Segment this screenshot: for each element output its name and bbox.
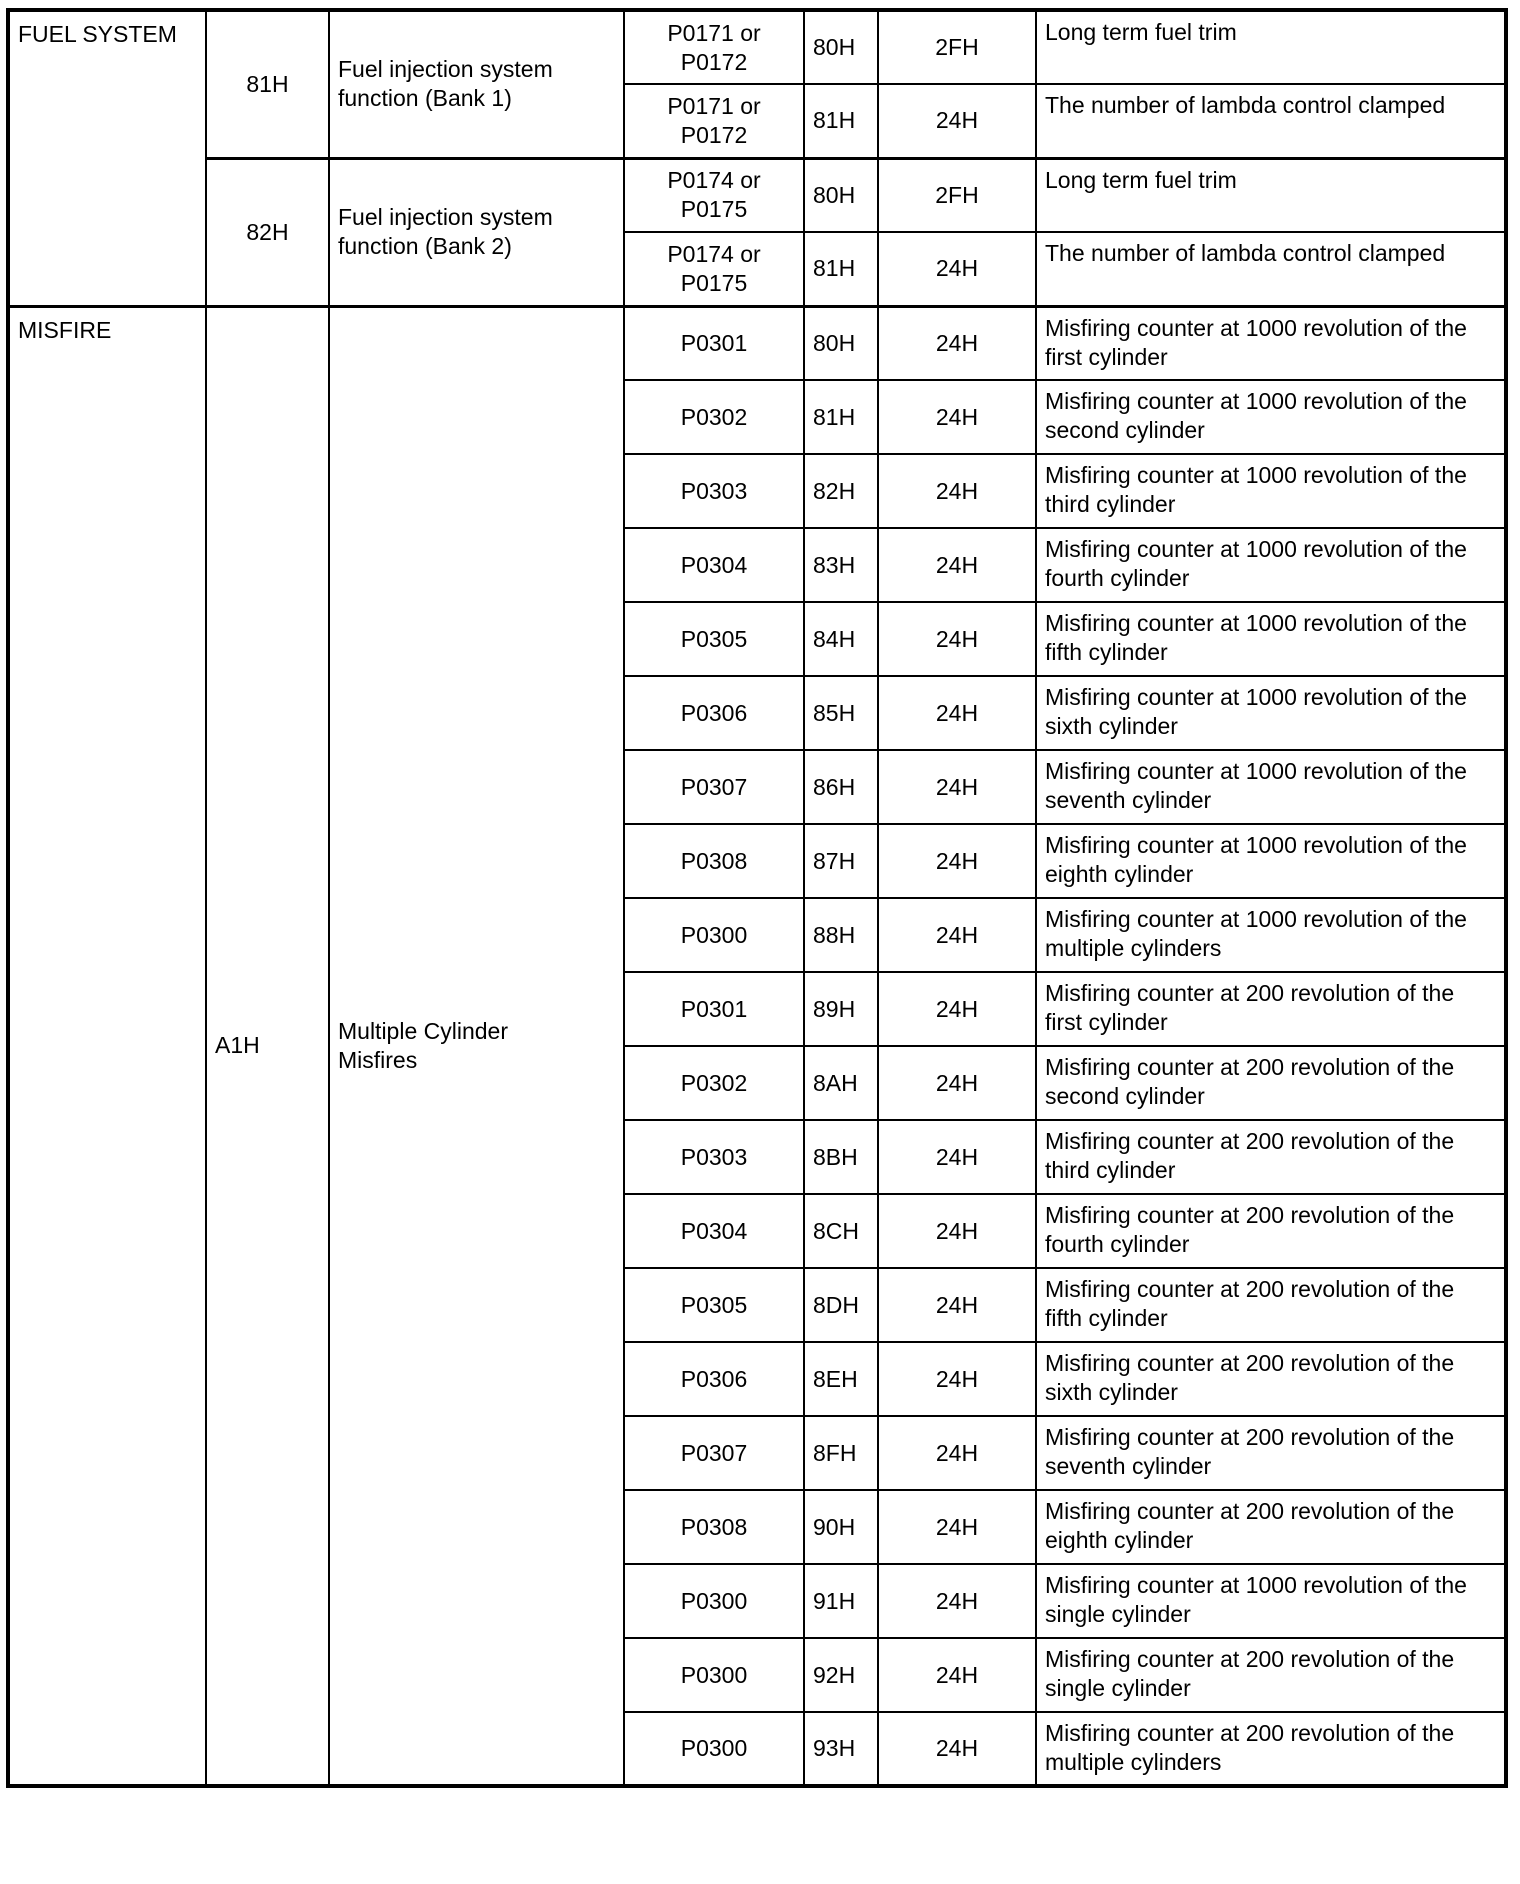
description-cell: Misfiring counter at 200 revolution of t… <box>1036 1490 1506 1564</box>
table-row: MISFIREA1HMultiple CylinderMisfiresP0301… <box>8 306 1506 380</box>
description-cell: Misfiring counter at 200 revolution of t… <box>1036 1638 1506 1712</box>
component-id-cell: 93H <box>804 1712 878 1786</box>
dtc-code-cell: P0304 <box>624 1194 804 1268</box>
description-cell: Misfiring counter at 200 revolution of t… <box>1036 1712 1506 1786</box>
component-id-cell: 84H <box>804 602 878 676</box>
component-id-cell: 87H <box>804 824 878 898</box>
description-cell: Misfiring counter at 200 revolution of t… <box>1036 1120 1506 1194</box>
description-cell: Misfiring counter at 1000 revolution of … <box>1036 380 1506 454</box>
unit-scaling-cell: 24H <box>878 1490 1036 1564</box>
component-id-cell: 92H <box>804 1638 878 1712</box>
description-cell: Misfiring counter at 1000 revolution of … <box>1036 750 1506 824</box>
test-id-cell: A1H <box>206 306 329 1786</box>
description-cell: Misfiring counter at 200 revolution of t… <box>1036 972 1506 1046</box>
description-cell: Misfiring counter at 1000 revolution of … <box>1036 454 1506 528</box>
component-id-cell: 8CH <box>804 1194 878 1268</box>
unit-scaling-cell: 24H <box>878 1194 1036 1268</box>
dtc-code-cell: P0305 <box>624 1268 804 1342</box>
component-id-cell: 91H <box>804 1564 878 1638</box>
description-cell: Misfiring counter at 200 revolution of t… <box>1036 1194 1506 1268</box>
dtc-code-cell: P0306 <box>624 676 804 750</box>
component-id-cell: 85H <box>804 676 878 750</box>
onboard-monitor-test-table: FUEL SYSTEM81HFuel injection systemfunct… <box>6 8 1508 1788</box>
description-cell: Misfiring counter at 1000 revolution of … <box>1036 1564 1506 1638</box>
description-cell: Misfiring counter at 1000 revolution of … <box>1036 676 1506 750</box>
unit-scaling-cell: 24H <box>878 1120 1036 1194</box>
unit-scaling-cell: 24H <box>878 1268 1036 1342</box>
dtc-code-cell: P0302 <box>624 380 804 454</box>
component-id-cell: 81H <box>804 380 878 454</box>
dtc-code-cell: P0308 <box>624 1490 804 1564</box>
test-name-cell: Fuel injection systemfunction (Bank 1) <box>329 10 624 158</box>
unit-scaling-cell: 24H <box>878 1564 1036 1638</box>
dtc-code-cell: P0307 <box>624 750 804 824</box>
unit-scaling-cell: 24H <box>878 898 1036 972</box>
dtc-code-cell: P0171 orP0172 <box>624 10 804 84</box>
dtc-code-cell: P0300 <box>624 1638 804 1712</box>
table-row: FUEL SYSTEM81HFuel injection systemfunct… <box>8 10 1506 84</box>
system-name-cell: FUEL SYSTEM <box>8 10 206 306</box>
component-id-cell: 8BH <box>804 1120 878 1194</box>
component-id-cell: 8DH <box>804 1268 878 1342</box>
dtc-code-cell: P0308 <box>624 824 804 898</box>
unit-scaling-cell: 24H <box>878 750 1036 824</box>
unit-scaling-cell: 2FH <box>878 10 1036 84</box>
component-id-cell: 8AH <box>804 1046 878 1120</box>
unit-scaling-cell: 24H <box>878 602 1036 676</box>
unit-scaling-cell: 24H <box>878 824 1036 898</box>
unit-scaling-cell: 24H <box>878 84 1036 158</box>
table-row: 82HFuel injection systemfunction (Bank 2… <box>8 158 1506 232</box>
dtc-code-cell: P0301 <box>624 306 804 380</box>
description-cell: Misfiring counter at 200 revolution of t… <box>1036 1046 1506 1120</box>
dtc-code-cell: P0303 <box>624 454 804 528</box>
dtc-code-cell: P0301 <box>624 972 804 1046</box>
unit-scaling-cell: 24H <box>878 1342 1036 1416</box>
component-id-cell: 80H <box>804 10 878 84</box>
unit-scaling-cell: 24H <box>878 454 1036 528</box>
unit-scaling-cell: 24H <box>878 1046 1036 1120</box>
component-id-cell: 81H <box>804 232 878 306</box>
dtc-code-cell: P0300 <box>624 1564 804 1638</box>
unit-scaling-cell: 24H <box>878 306 1036 380</box>
component-id-cell: 80H <box>804 306 878 380</box>
description-cell: Misfiring counter at 1000 revolution of … <box>1036 824 1506 898</box>
component-id-cell: 8FH <box>804 1416 878 1490</box>
unit-scaling-cell: 24H <box>878 1712 1036 1786</box>
description-cell: Long term fuel trim <box>1036 158 1506 232</box>
dtc-code-cell: P0305 <box>624 602 804 676</box>
dtc-code-cell: P0303 <box>624 1120 804 1194</box>
description-cell: Misfiring counter at 1000 revolution of … <box>1036 602 1506 676</box>
component-id-cell: 80H <box>804 158 878 232</box>
description-cell: Misfiring counter at 200 revolution of t… <box>1036 1416 1506 1490</box>
description-cell: The number of lambda control clamped <box>1036 84 1506 158</box>
unit-scaling-cell: 24H <box>878 232 1036 306</box>
system-name-cell: MISFIRE <box>8 306 206 1786</box>
description-cell: Misfiring counter at 1000 revolution of … <box>1036 898 1506 972</box>
dtc-code-cell: P0171 orP0172 <box>624 84 804 158</box>
table-body: FUEL SYSTEM81HFuel injection systemfunct… <box>8 10 1506 1786</box>
description-cell: The number of lambda control clamped <box>1036 232 1506 306</box>
description-cell: Misfiring counter at 1000 revolution of … <box>1036 306 1506 380</box>
description-cell: Long term fuel trim <box>1036 10 1506 84</box>
component-id-cell: 8EH <box>804 1342 878 1416</box>
component-id-cell: 81H <box>804 84 878 158</box>
test-name-cell: Multiple CylinderMisfires <box>329 306 624 1786</box>
description-cell: Misfiring counter at 1000 revolution of … <box>1036 528 1506 602</box>
unit-scaling-cell: 24H <box>878 972 1036 1046</box>
unit-scaling-cell: 24H <box>878 1638 1036 1712</box>
component-id-cell: 89H <box>804 972 878 1046</box>
component-id-cell: 82H <box>804 454 878 528</box>
component-id-cell: 90H <box>804 1490 878 1564</box>
description-cell: Misfiring counter at 200 revolution of t… <box>1036 1268 1506 1342</box>
dtc-code-cell: P0300 <box>624 1712 804 1786</box>
component-id-cell: 88H <box>804 898 878 972</box>
dtc-code-cell: P0174 orP0175 <box>624 158 804 232</box>
dtc-code-cell: P0307 <box>624 1416 804 1490</box>
dtc-code-cell: P0304 <box>624 528 804 602</box>
unit-scaling-cell: 24H <box>878 676 1036 750</box>
test-name-cell: Fuel injection systemfunction (Bank 2) <box>329 158 624 306</box>
unit-scaling-cell: 24H <box>878 1416 1036 1490</box>
component-id-cell: 86H <box>804 750 878 824</box>
test-id-cell: 82H <box>206 158 329 306</box>
test-id-cell: 81H <box>206 10 329 158</box>
dtc-code-cell: P0302 <box>624 1046 804 1120</box>
unit-scaling-cell: 24H <box>878 380 1036 454</box>
component-id-cell: 83H <box>804 528 878 602</box>
unit-scaling-cell: 2FH <box>878 158 1036 232</box>
description-cell: Misfiring counter at 200 revolution of t… <box>1036 1342 1506 1416</box>
dtc-code-cell: P0174 orP0175 <box>624 232 804 306</box>
dtc-code-cell: P0300 <box>624 898 804 972</box>
dtc-code-cell: P0306 <box>624 1342 804 1416</box>
unit-scaling-cell: 24H <box>878 528 1036 602</box>
